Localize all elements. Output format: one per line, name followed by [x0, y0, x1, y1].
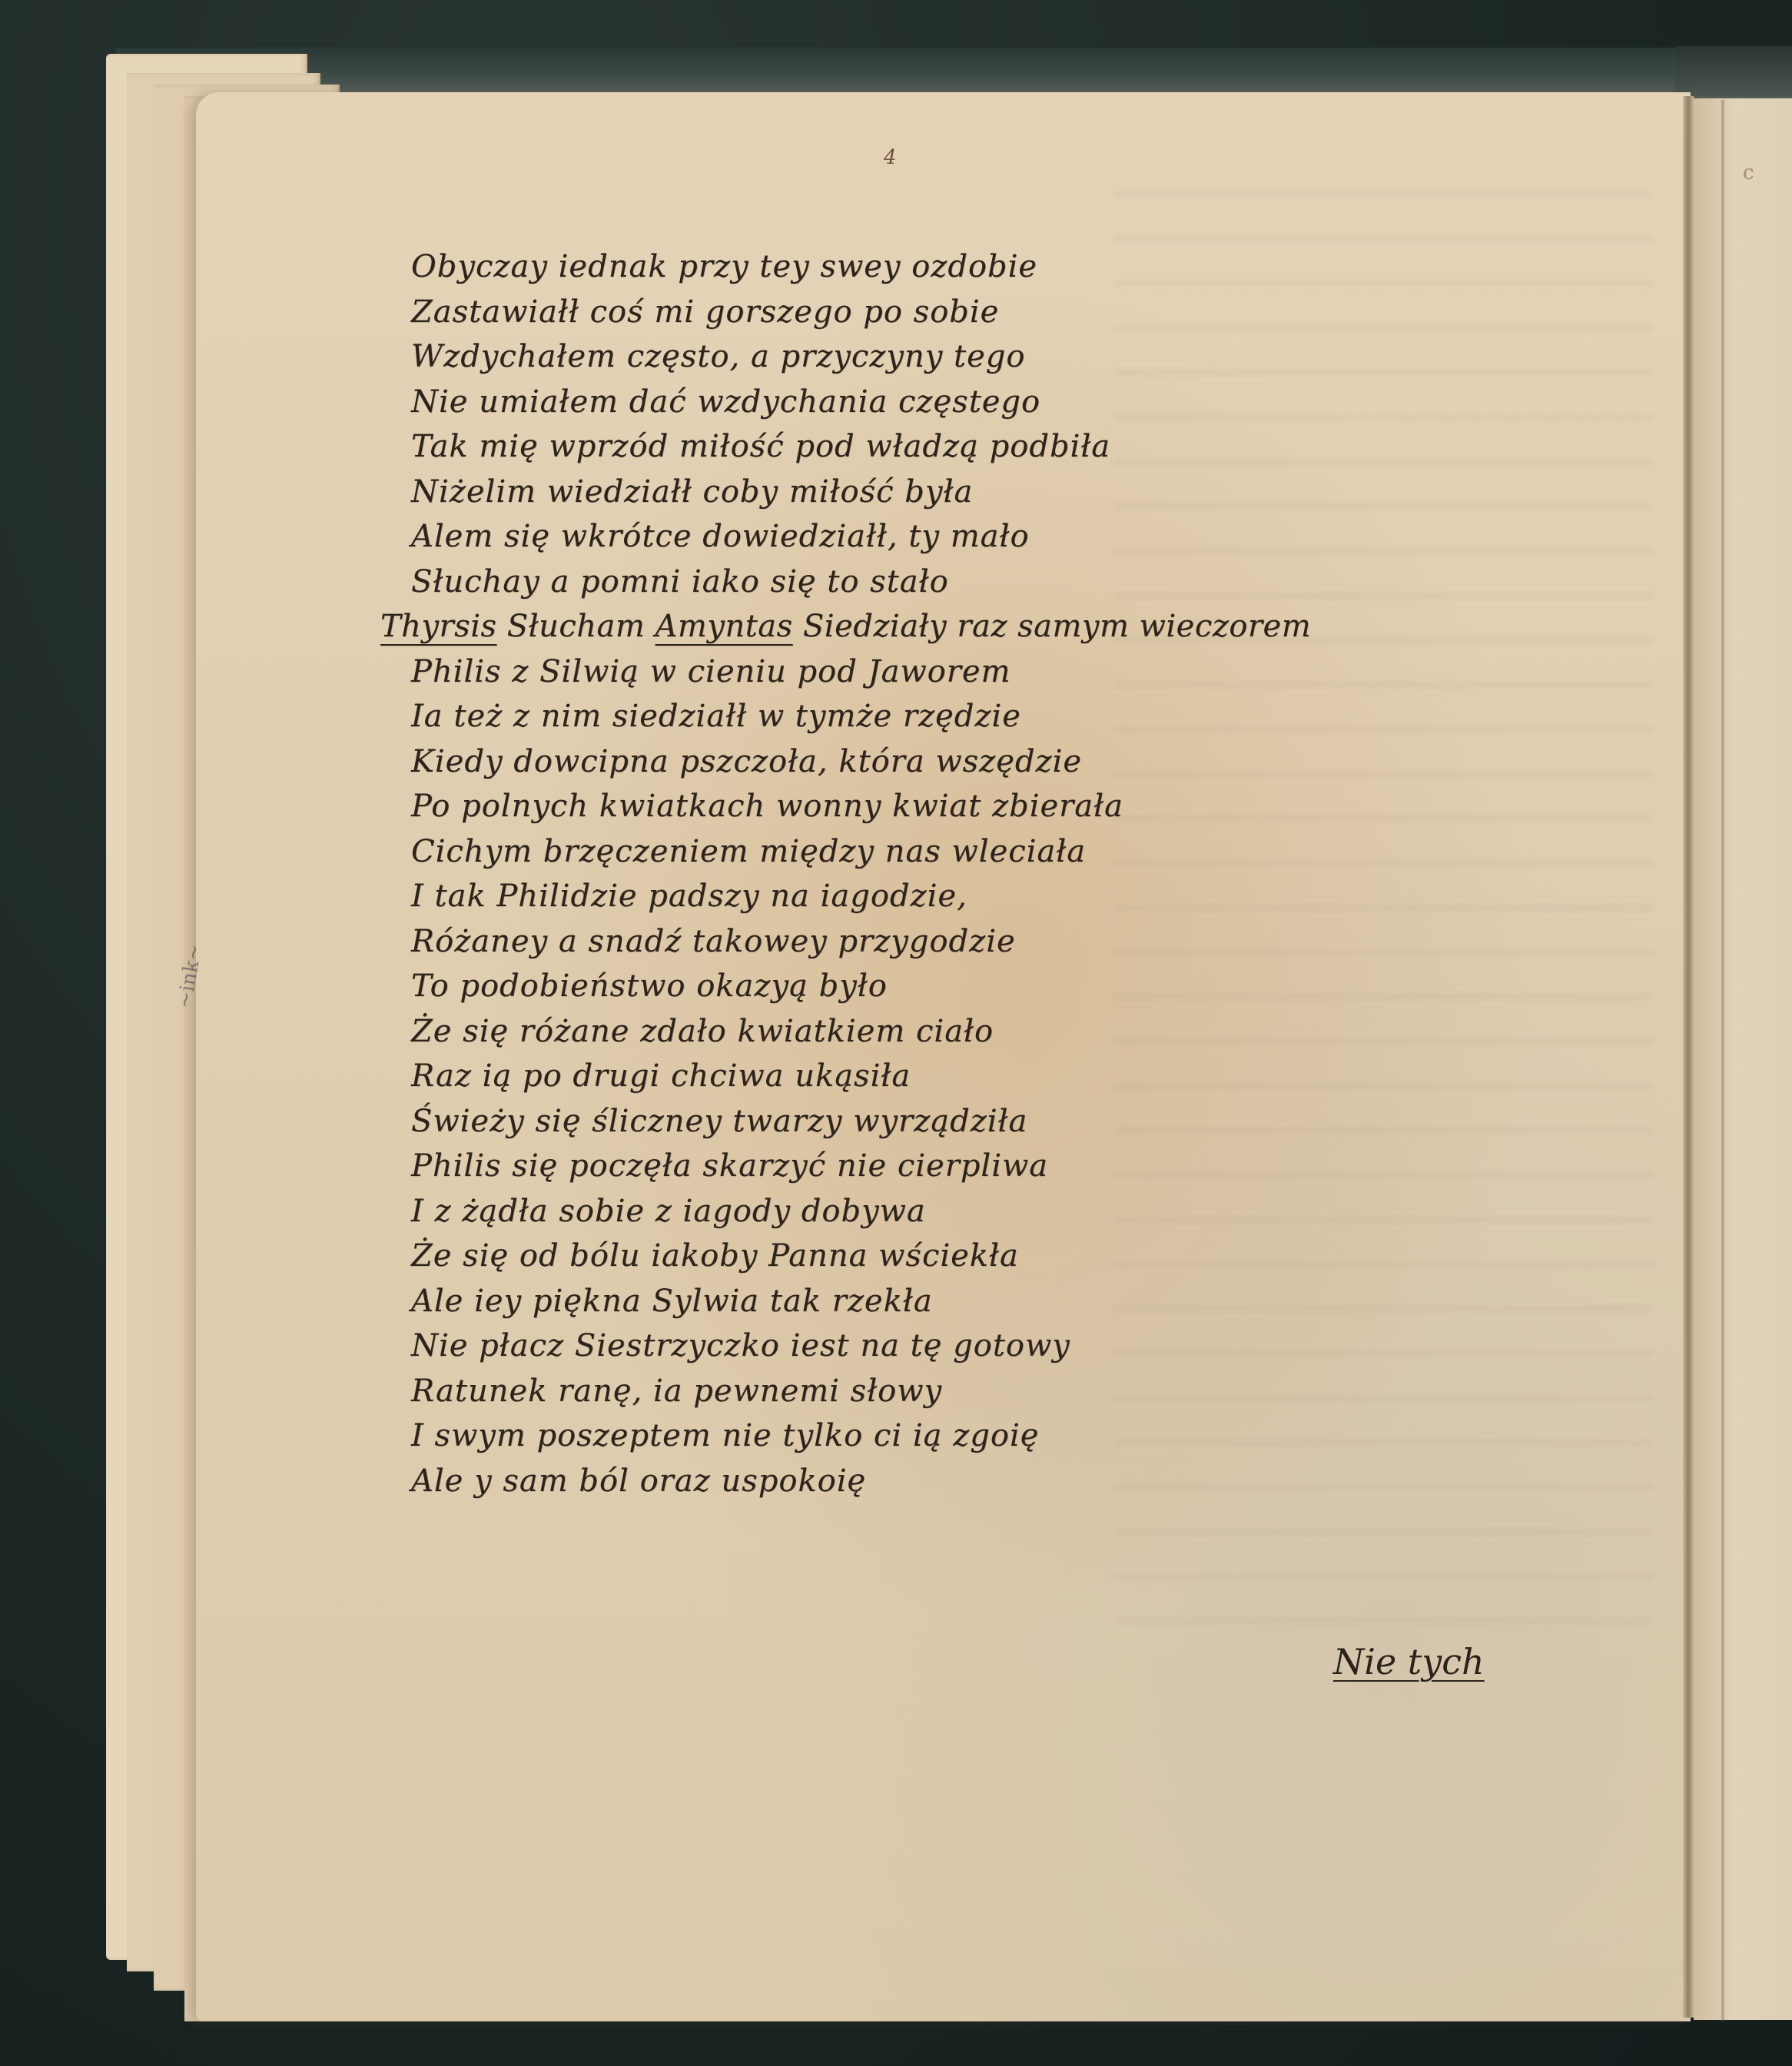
verse-line: Ratunek ranę, ia pewnemi słowy: [411, 1369, 1487, 1414]
speaker-name-thyrsis: Thyrsis: [380, 609, 497, 644]
verse-line: Kiedy dowcipna pszczoła, która wszędzie: [411, 739, 1487, 785]
verse-line: Nie umiałem dać wzdychania częstego: [411, 380, 1487, 425]
verse-line: Nie płacz Siestrzyczko iest na tę gotowy: [411, 1324, 1487, 1369]
verse-line: Ia też z nim siedziałł w tymże rzędzie: [411, 694, 1487, 739]
facing-page: [1694, 98, 1792, 2020]
verse-list: Obyczay iednak przy tey swey ozdobie Zas…: [411, 244, 1487, 1503]
page-number: 4: [884, 146, 897, 169]
book-gutter: [1683, 96, 1694, 2018]
verse-line: To podobieństwo okazyą było: [411, 964, 1487, 1009]
verse-line: Ale y sam ból oraz uspokoię: [411, 1459, 1487, 1504]
verse-line: Philis z Silwią w cieniu pod Jaworem: [411, 649, 1487, 695]
verse-line: Raz ią po drugi chciwa ukąsiła: [411, 1054, 1487, 1099]
verse-line: Słuchay a pomni iako się to stało: [411, 560, 1487, 605]
verse-line: Że się od bólu iakoby Panna wściekła: [411, 1234, 1487, 1279]
verse-line: I swym poszeptem nie tylko ci ią zgoię: [411, 1413, 1487, 1459]
verse-line: Różaney a snadź takowey przygodzie: [411, 919, 1487, 965]
speaker-name-amyntas: Amyntas: [655, 609, 793, 644]
verse-line: Świeży się śliczney twarzy wyrządziła: [411, 1099, 1487, 1144]
facing-page-edge: [1721, 100, 1724, 2021]
verse-line: Philis się poczęła skarzyć nie cierpliwa: [411, 1144, 1487, 1189]
verse-line: Alem się wkrótce dowiedziałł, ty mało: [411, 514, 1487, 560]
verse-line: Że się różane zdało kwiatkiem ciało: [411, 1009, 1487, 1055]
verse-line: Po polnych kwiatkach wonny kwiat zbierał…: [411, 784, 1487, 829]
verse-line: Obyczay iednak przy tey swey ozdobie: [411, 244, 1487, 290]
verse-line: Tak mię wprzód miłość pod władzą podbiła: [411, 424, 1487, 470]
verse-line: Niżelim wiedziałł coby miłość była: [411, 470, 1487, 515]
dialogue-text: Siedziały raz samym wieczorem: [803, 609, 1311, 644]
verse-line: I tak Philidzie padszy na iagodzie,: [411, 874, 1487, 919]
dialogue-line: Thyrsis Słucham Amyntas Siedziały raz sa…: [380, 604, 1487, 649]
verse-line: Ale iey piękna Sylwia tak rzekła: [411, 1279, 1487, 1324]
catchword: Nie tych: [1333, 1641, 1485, 1682]
dialogue-text: Słucham: [507, 609, 645, 644]
verse-line: Cichym brzęczeniem między nas wleciała: [411, 829, 1487, 875]
verse-line: Wzdychałem często, a przyczyny tego: [411, 334, 1487, 380]
verse-line: I z żądła sobie z iagody dobywa: [411, 1189, 1487, 1234]
facing-page-mark: c: [1743, 161, 1754, 184]
book-cover-top-edge: [115, 48, 1792, 94]
verse-line: Zastawiałł coś mi gorszego po sobie: [411, 290, 1487, 335]
